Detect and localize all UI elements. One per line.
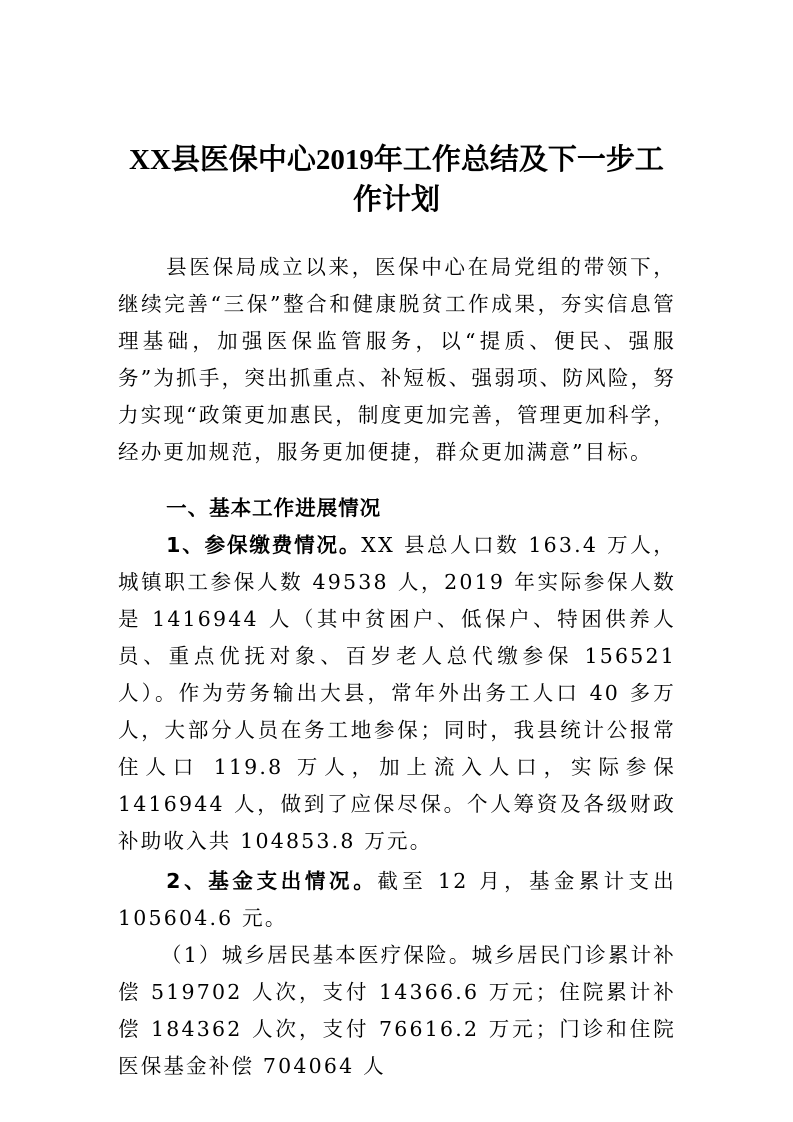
item-paragraph-enrollment: 1、参保缴费情况。XX 县总人口数 163.4 万人，城镇职工参保人数 4953… xyxy=(118,527,676,860)
subitem-paragraph-resident-insurance: （1）城乡居民基本医疗保险。城乡居民门诊累计补偿 519702 人次，支付 14… xyxy=(118,937,676,1085)
item-text: XX 县总人口数 163.4 万人，城镇职工参保人数 49538 人，2019 … xyxy=(118,533,676,853)
title-line-2: 作计划 xyxy=(353,184,440,216)
item-lead: 1、参保缴费情况。 xyxy=(166,533,361,557)
intro-paragraph: 县医保局成立以来，医保中心在局党组的带领下，继续完善“三保”整合和健康脱贫工作成… xyxy=(118,249,676,471)
item-lead: 2、基金支出情况。 xyxy=(166,869,377,893)
document-page: XX县医保中心2019年工作总结及下一步工 作计划 县医保局成立以来，医保中心在… xyxy=(0,0,793,1122)
item-paragraph-fund-expenditure: 2、基金支出情况。截至 12 月，基金累计支出 105604.6 元。 xyxy=(118,863,676,937)
document-title: XX县医保中心2019年工作总结及下一步工 作计划 xyxy=(110,140,683,220)
document-body: 县医保局成立以来，医保中心在局党组的带领下，继续完善“三保”整合和健康脱贫工作成… xyxy=(118,249,676,1085)
section-heading: 一、基本工作进展情况 xyxy=(118,490,676,527)
title-line-1: XX县医保中心2019年工作总结及下一步工 xyxy=(129,144,664,176)
